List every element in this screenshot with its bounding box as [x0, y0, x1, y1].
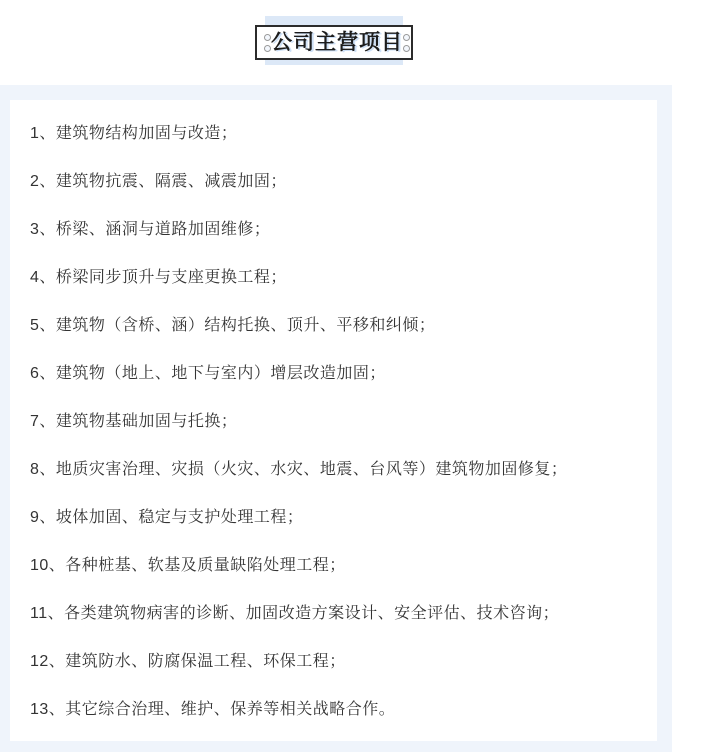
page-title: 公司主营项目	[271, 32, 403, 54]
page: 公司主营项目 1、建筑物结构加固与改造； 2、建筑物抗震、隔震、减震加固； 3、…	[0, 0, 710, 752]
list-item: 8、地质灾害治理、灾损（火灾、水灾、地震、台风等）建筑物加固修复；	[30, 443, 637, 491]
list-item: 12、建筑防水、防腐保温工程、环保工程；	[30, 635, 637, 683]
decor-dot-icon	[403, 45, 410, 52]
list-item: 13、其它综合治理、维护、保养等相关战略合作。	[30, 683, 637, 731]
badge-right-dots	[403, 34, 410, 52]
content-panel: 1、建筑物结构加固与改造； 2、建筑物抗震、隔震、减震加固； 3、桥梁、涵洞与道…	[10, 100, 657, 741]
list-item: 10、各种桩基、软基及质量缺陷处理工程；	[30, 539, 637, 587]
badge-box: 公司主营项目	[255, 25, 413, 60]
badge-left-dots	[264, 34, 271, 52]
section-header-badge: 公司主营项目	[255, 25, 413, 60]
decor-dot-icon	[264, 45, 271, 52]
list-item: 9、坡体加固、稳定与支护处理工程；	[30, 491, 637, 539]
list-item: 2、建筑物抗震、隔震、减震加固；	[30, 155, 637, 203]
list-item: 3、桥梁、涵洞与道路加固维修；	[30, 203, 637, 251]
list-item: 1、建筑物结构加固与改造；	[30, 107, 637, 155]
decor-dot-icon	[403, 34, 410, 41]
list-item: 4、桥梁同步顶升与支座更换工程；	[30, 251, 637, 299]
list-item: 11、各类建筑物病害的诊断、加固改造方案设计、安全评估、技术咨询；	[30, 587, 637, 635]
list-item: 7、建筑物基础加固与托换；	[30, 395, 637, 443]
list-item: 6、建筑物（地上、地下与室内）增层改造加固；	[30, 347, 637, 395]
project-list: 1、建筑物结构加固与改造； 2、建筑物抗震、隔震、减震加固； 3、桥梁、涵洞与道…	[30, 107, 637, 731]
decor-dot-icon	[264, 34, 271, 41]
list-item: 5、建筑物（含桥、涵）结构托换、顶升、平移和纠倾；	[30, 299, 637, 347]
